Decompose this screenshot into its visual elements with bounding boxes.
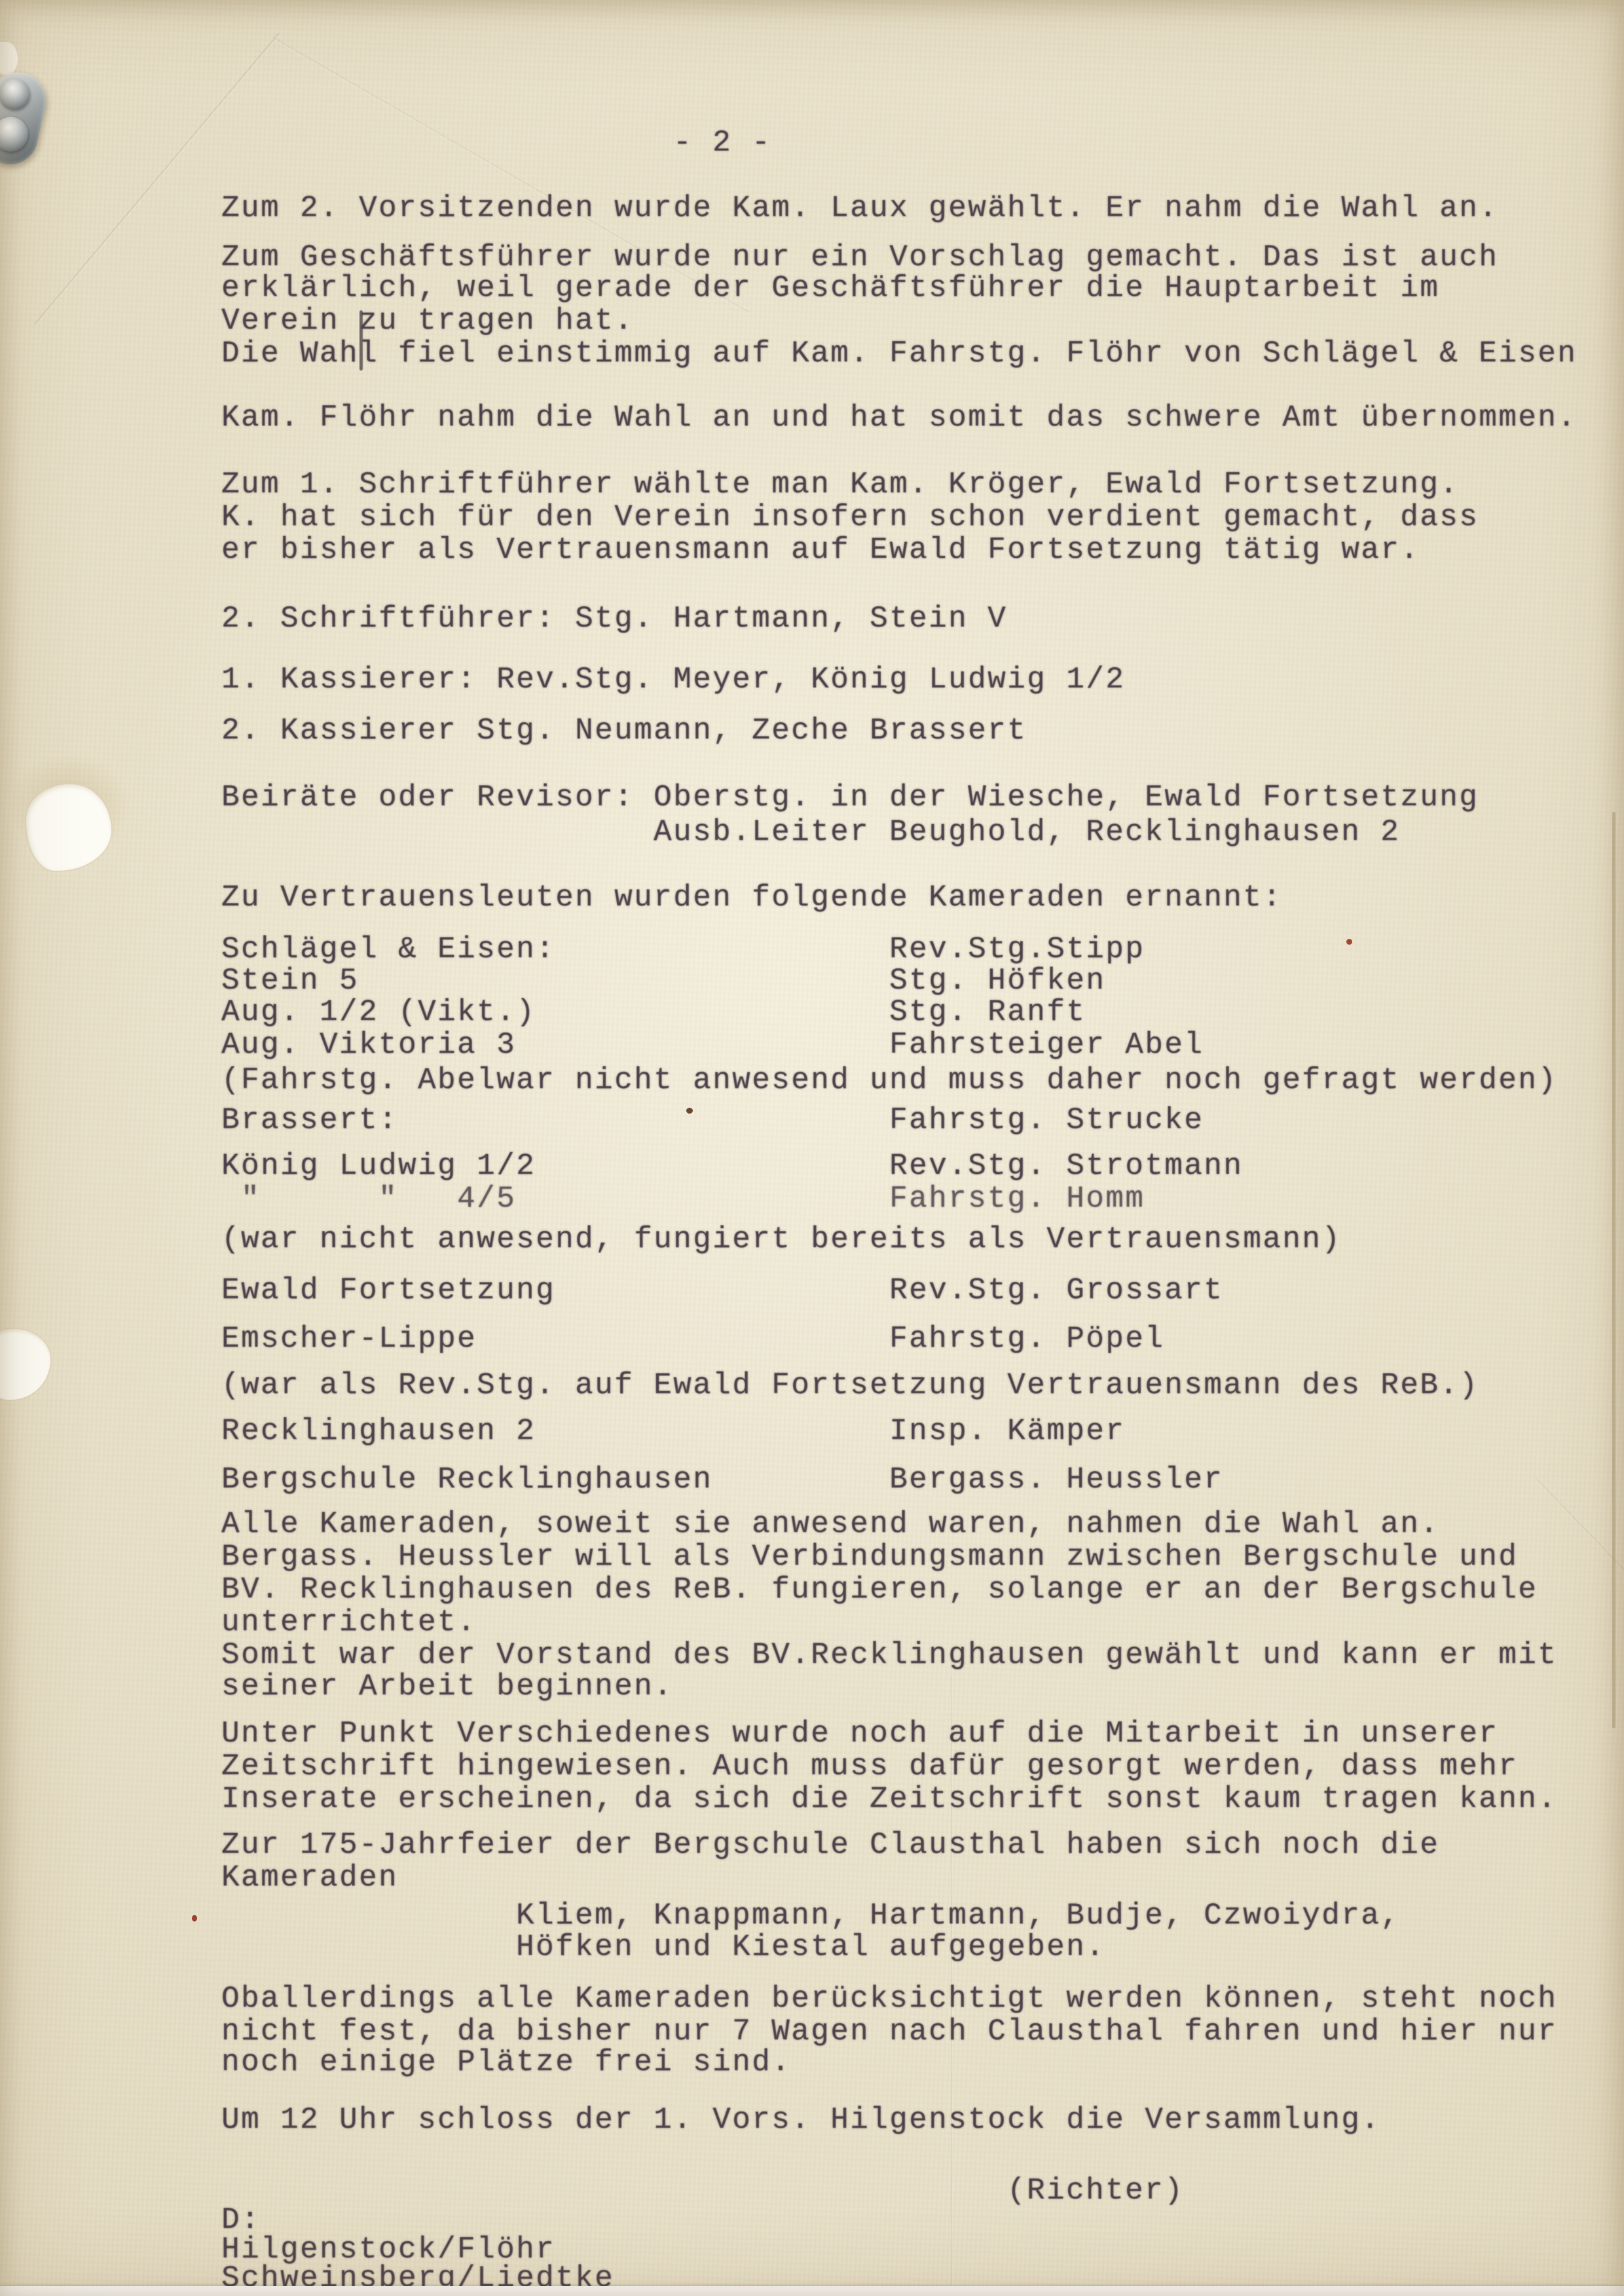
text-line: Zum 1. Schriftführer wählte man Kam. Krö… [221,468,1459,501]
text-line: Kameraden [221,1861,398,1894]
text-line: Verein zu tragen hat. [221,304,634,337]
text-line: nicht fest, da bisher nur 7 Wagen nach C… [221,2015,1557,2048]
text-line: Die Wahl fiel einstimmig auf Kam. Fahrst… [221,337,1577,370]
text-line: Inserate erscheinen, da sich die Zeitsch… [221,1783,1557,1815]
signature-richter: (Richter) [1007,2174,1184,2207]
fastener-rivet [0,114,31,155]
text-line: 2. Schriftführer: Stg. Hartmann, Stein V [221,602,1007,635]
text-line: unterrichtet. [221,1606,477,1639]
document-page: - 2 -Zum 2. Vorsitzenden wurde Kam. Laux… [0,0,1624,2296]
text-line: K. hat sich für den Verein insofern scho… [221,501,1479,534]
paper-speck [192,1915,197,1922]
text-line: Alle Kameraden, soweit sie anwesend ware… [221,1508,1439,1540]
text-line: (war nicht anwesend, fungiert bereits al… [221,1223,1341,1256]
text-line: Um 12 Uhr schloss der 1. Vors. Hilgensto… [221,2104,1380,2136]
text-line: Beiräte oder Revisor: Oberstg. in der Wi… [221,781,1479,814]
page-edge-crack [1612,812,1615,1728]
text-line: Zeitschrift hingewiesen. Auch muss dafür… [221,1750,1518,1783]
text-line: noch einige Plätze frei sind. [221,2046,791,2079]
text-line: Brassert: Fahrstg. Strucke [221,1104,1204,1137]
scanner-edge-strip [0,2286,1624,2296]
text-line: Unter Punkt Verschiedenes wurde noch auf… [221,1717,1498,1750]
text-line: Bergass. Heussler will als Verbindungsma… [221,1540,1518,1573]
text-line: erklärlich, weil gerade der Geschäftsfüh… [221,272,1439,304]
text-line: Aug. 1/2 (Vikt.) Stg. Ranft [221,996,1086,1029]
text-line: Aug. Viktoria 3 Fahrsteiger Abel [221,1029,1204,1061]
text-line: Zum 2. Vorsitzenden wurde Kam. Laux gewä… [221,192,1498,225]
text-line: (war als Rev.Stg. auf Ewald Fortsetzung … [221,1369,1479,1402]
text-line: König Ludwig 1/2 Rev.Stg. Strotmann [221,1150,1243,1182]
text-line: Somit war der Vorstand des BV.Recklingha… [221,1639,1557,1671]
typewritten-text: - 2 -Zum 2. Vorsitzenden wurde Kam. Laux… [0,0,1624,2296]
text-line: Kam. Flöhr nahm die Wahl an und hat somi… [221,401,1577,434]
text-line: " " 4/5 Fahrstg. Homm [221,1182,1145,1215]
text-line: Bergschule Recklinghausen Bergass. Heuss… [221,1463,1223,1496]
text-line: BV. Recklinghausen des ReB. fungieren, s… [221,1573,1538,1606]
text-line: Zum Geschäftsführer wurde nur ein Vorsch… [221,241,1498,274]
paper-speck [686,1108,693,1114]
page-number: - 2 - [673,126,771,159]
text-line: Emscher-Lippe Fahrstg. Pöpel [221,1322,1164,1355]
text-line: 2. Kassierer Stg. Neumann, Zeche Brasser… [221,714,1027,747]
text-line: Recklinghausen 2 Insp. Kämper [221,1415,1125,1448]
text-line: 1. Kassierer: Rev.Stg. Meyer, König Ludw… [221,663,1125,696]
fastener-rivet [0,76,33,113]
text-line: Ewald Fortsetzung Rev.Stg. Grossart [221,1274,1223,1307]
text-line: Kliem, Knappmann, Hartmann, Budje, Czwoi… [516,1899,1400,1932]
text-line: er bisher als Vertrauensmann auf Ewald F… [221,534,1420,566]
text-line: Zu Vertrauensleuten wurden folgende Kame… [221,881,1282,914]
text-line: Stein 5 Stg. Höfken [221,964,1105,997]
text-line: Ausb.Leiter Beughold, Recklinghausen 2 [654,816,1400,848]
distribution-label: D: [221,2204,261,2236]
text-line: (Fahrstg. Abelwar nicht anwesend und mus… [221,1064,1557,1097]
paper-speck [1346,939,1352,945]
text-line: seiner Arbeit beginnen. [221,1670,673,1703]
text-line: Zur 175-Jahrfeier der Bergschule Clausth… [221,1829,1439,1861]
text-line: Höfken und Kiestal aufgegeben. [516,1931,1105,1963]
text-line: Schlägel & Eisen: Rev.Stg.Stipp [221,933,1145,966]
text-line: Oballerdings alle Kameraden berücksichti… [221,1982,1557,2015]
